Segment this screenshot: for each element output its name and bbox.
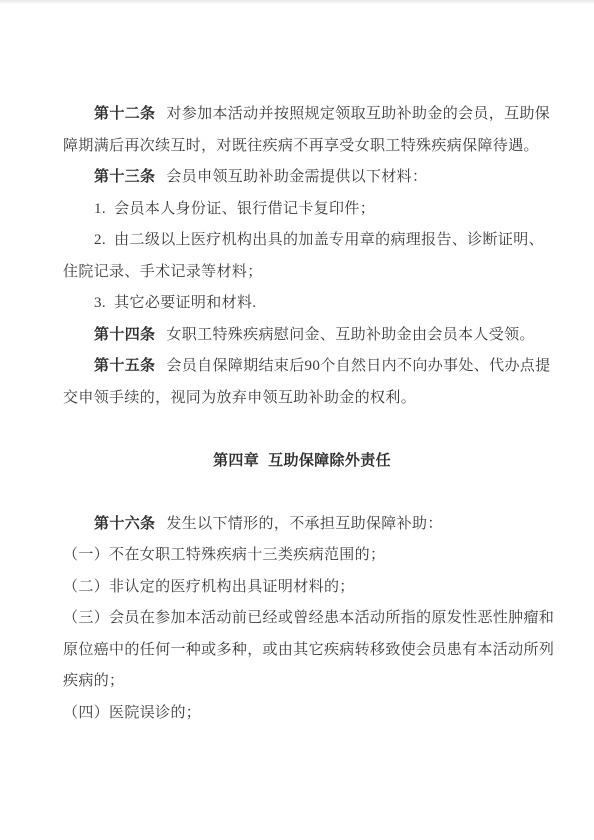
line-text: 2. 由二级以上医疗机构出具的加盖专用章的病理报告、诊断证明、 xyxy=(94,232,544,248)
document-line: （三）会员在参加本活动前已经或曾经患本活动所指的原发性恶性肿瘤和 xyxy=(63,603,541,635)
chapter-number: 第四章 xyxy=(213,453,259,469)
line-text: （二）非认定的医疗机构出具证明材料的； xyxy=(63,579,355,595)
document-line: 3. 其它必要证明和材料. xyxy=(63,288,541,320)
document-line: 第十二条对参加本活动并按照规定领取互助补助金的会员，互助保 xyxy=(63,99,541,131)
document-line: 第十六条发生以下情形的，不承担互助保障补助： xyxy=(63,509,541,541)
document-line: 障期满后再次续互时，对既往疾病不再享受女职工特殊疾病保障待遇。 xyxy=(63,131,541,163)
article-number: 第十三条 xyxy=(94,169,155,185)
document-line: （一）不在女职工特殊疾病十三类疾病范围的； xyxy=(63,540,541,572)
line-text: （三）会员在参加本活动前已经或曾经患本活动所指的原发性恶性肿瘤和 xyxy=(63,610,554,626)
line-text: 障期满后再次续互时，对既往疾病不再享受女职工特殊疾病保障待遇。 xyxy=(63,138,539,154)
line-text: 发生以下情形的，不承担互助保障补助： xyxy=(166,516,442,532)
document-line: 第十三条会员申领互助补助金需提供以下材料： xyxy=(63,162,541,194)
line-text: 交申领手续的，视同为放弃申领互助补助金的权利。 xyxy=(63,390,416,406)
document-body: 第十二条对参加本活动并按照规定领取互助补助金的会员，互助保 障期满后再次续互时，… xyxy=(63,99,541,729)
line-text: （四）医院误诊的； xyxy=(63,705,201,721)
line-text: （一）不在女职工特殊疾病十三类疾病范围的； xyxy=(63,547,385,563)
document-line: 原位癌中的任何一种或多种，或由其它疾病转移致使会员患有本活动所列 xyxy=(63,635,541,667)
article-number: 第十五条 xyxy=(94,358,155,374)
document-line: 第十五条会员自保障期结束后90个自然日内不向办事处、代办点提 xyxy=(63,351,541,383)
article-number: 第十四条 xyxy=(94,327,155,343)
line-text: 疾病的； xyxy=(63,673,124,689)
document-line: 2. 由二级以上医疗机构出具的加盖专用章的病理报告、诊断证明、 xyxy=(63,225,541,257)
line-text: 住院记录、手术记录等材料； xyxy=(63,264,263,280)
document-line: 交申领手续的，视同为放弃申领互助补助金的权利。 xyxy=(63,383,541,415)
document-line: 住院记录、手术记录等材料； xyxy=(63,257,541,289)
document-line: （二）非认定的医疗机构出具证明材料的； xyxy=(63,572,541,604)
document-line: 1. 会员本人身份证、银行借记卡复印件； xyxy=(63,194,541,226)
article-number: 第十六条 xyxy=(94,516,155,532)
line-text: 会员申领互助补助金需提供以下材料： xyxy=(166,169,427,185)
chapter-title: 互助保障除外责任 xyxy=(268,453,391,469)
document-line: （四）医院误诊的； xyxy=(63,698,541,730)
line-text: 会员自保障期结束后90个自然日内不向办事处、代办点提 xyxy=(166,358,550,374)
line-text: 女职工特殊疾病慰问金、互助补助金由会员本人受领。 xyxy=(166,327,534,343)
document-page: 第十二条对参加本活动并按照规定领取互助补助金的会员，互助保 障期满后再次续互时，… xyxy=(0,0,594,840)
line-text: 对参加本活动并按照规定领取互助补助金的会员，互助保 xyxy=(166,106,550,122)
line-text: 3. 其它必要证明和材料. xyxy=(94,295,256,311)
line-text: 原位癌中的任何一种或多种，或由其它疾病转移致使会员患有本活动所列 xyxy=(63,642,554,658)
document-line: 疾病的； xyxy=(63,666,541,698)
article-number: 第十二条 xyxy=(94,106,155,122)
document-line: 第十四条女职工特殊疾病慰问金、互助补助金由会员本人受领。 xyxy=(63,320,541,352)
line-text: 1. 会员本人身份证、银行借记卡复印件； xyxy=(94,201,375,217)
chapter-heading: 第四章互助保障除外责任 xyxy=(63,446,541,478)
